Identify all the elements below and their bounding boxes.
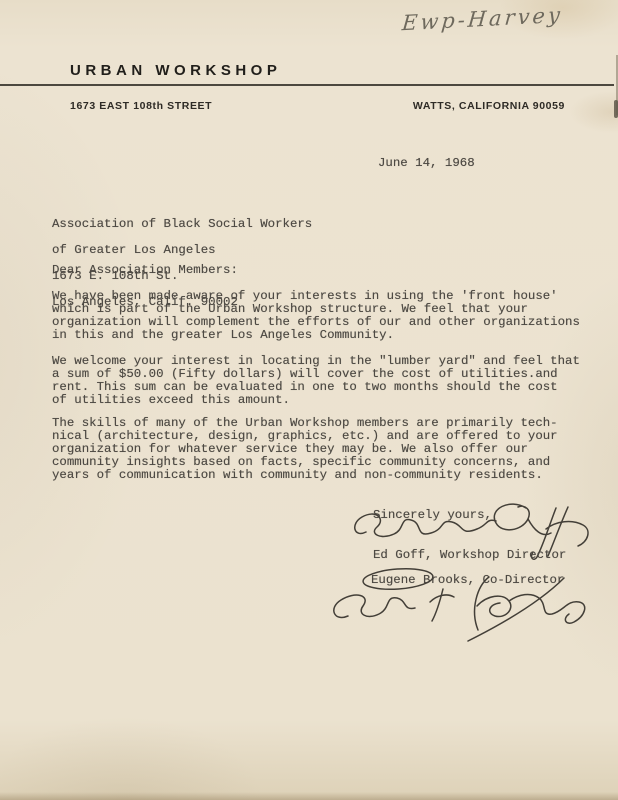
letterhead-rule: [0, 84, 614, 86]
recipient-address-line: Association of Black Social Workers: [52, 218, 312, 231]
letterhead-org-name: URBAN WORKSHOP: [70, 62, 281, 79]
letterhead-city-address: WATTS, CALIFORNIA 90059: [413, 100, 565, 112]
body-paragraph-3: The skills of many of the Urban Workshop…: [52, 417, 592, 482]
body-paragraph-1: We have been made aware of your interest…: [52, 290, 592, 342]
page-edge-mark: [614, 100, 618, 118]
handwritten-annotation: Ewp-Harvey: [401, 1, 603, 36]
signer-name-ed-goff: Ed Goff, Workshop Director: [373, 549, 566, 562]
page-bottom-shadow: [0, 792, 618, 800]
scanned-letter-page: Ewp-Harvey URBAN WORKSHOP 1673 EAST 108t…: [0, 0, 618, 800]
letterhead-address-row: 1673 EAST 108th STREET WATTS, CALIFORNIA…: [70, 100, 565, 112]
signature-eugene-brooks: [326, 564, 608, 646]
date-line: June 14, 1968: [378, 157, 475, 170]
letterhead-street-address: 1673 EAST 108th STREET: [70, 100, 212, 112]
recipient-address-line: of Greater Los Angeles: [52, 244, 312, 257]
body-paragraph-2: We welcome your interest in locating in …: [52, 355, 592, 407]
salutation: Dear Association Members:: [52, 264, 238, 277]
